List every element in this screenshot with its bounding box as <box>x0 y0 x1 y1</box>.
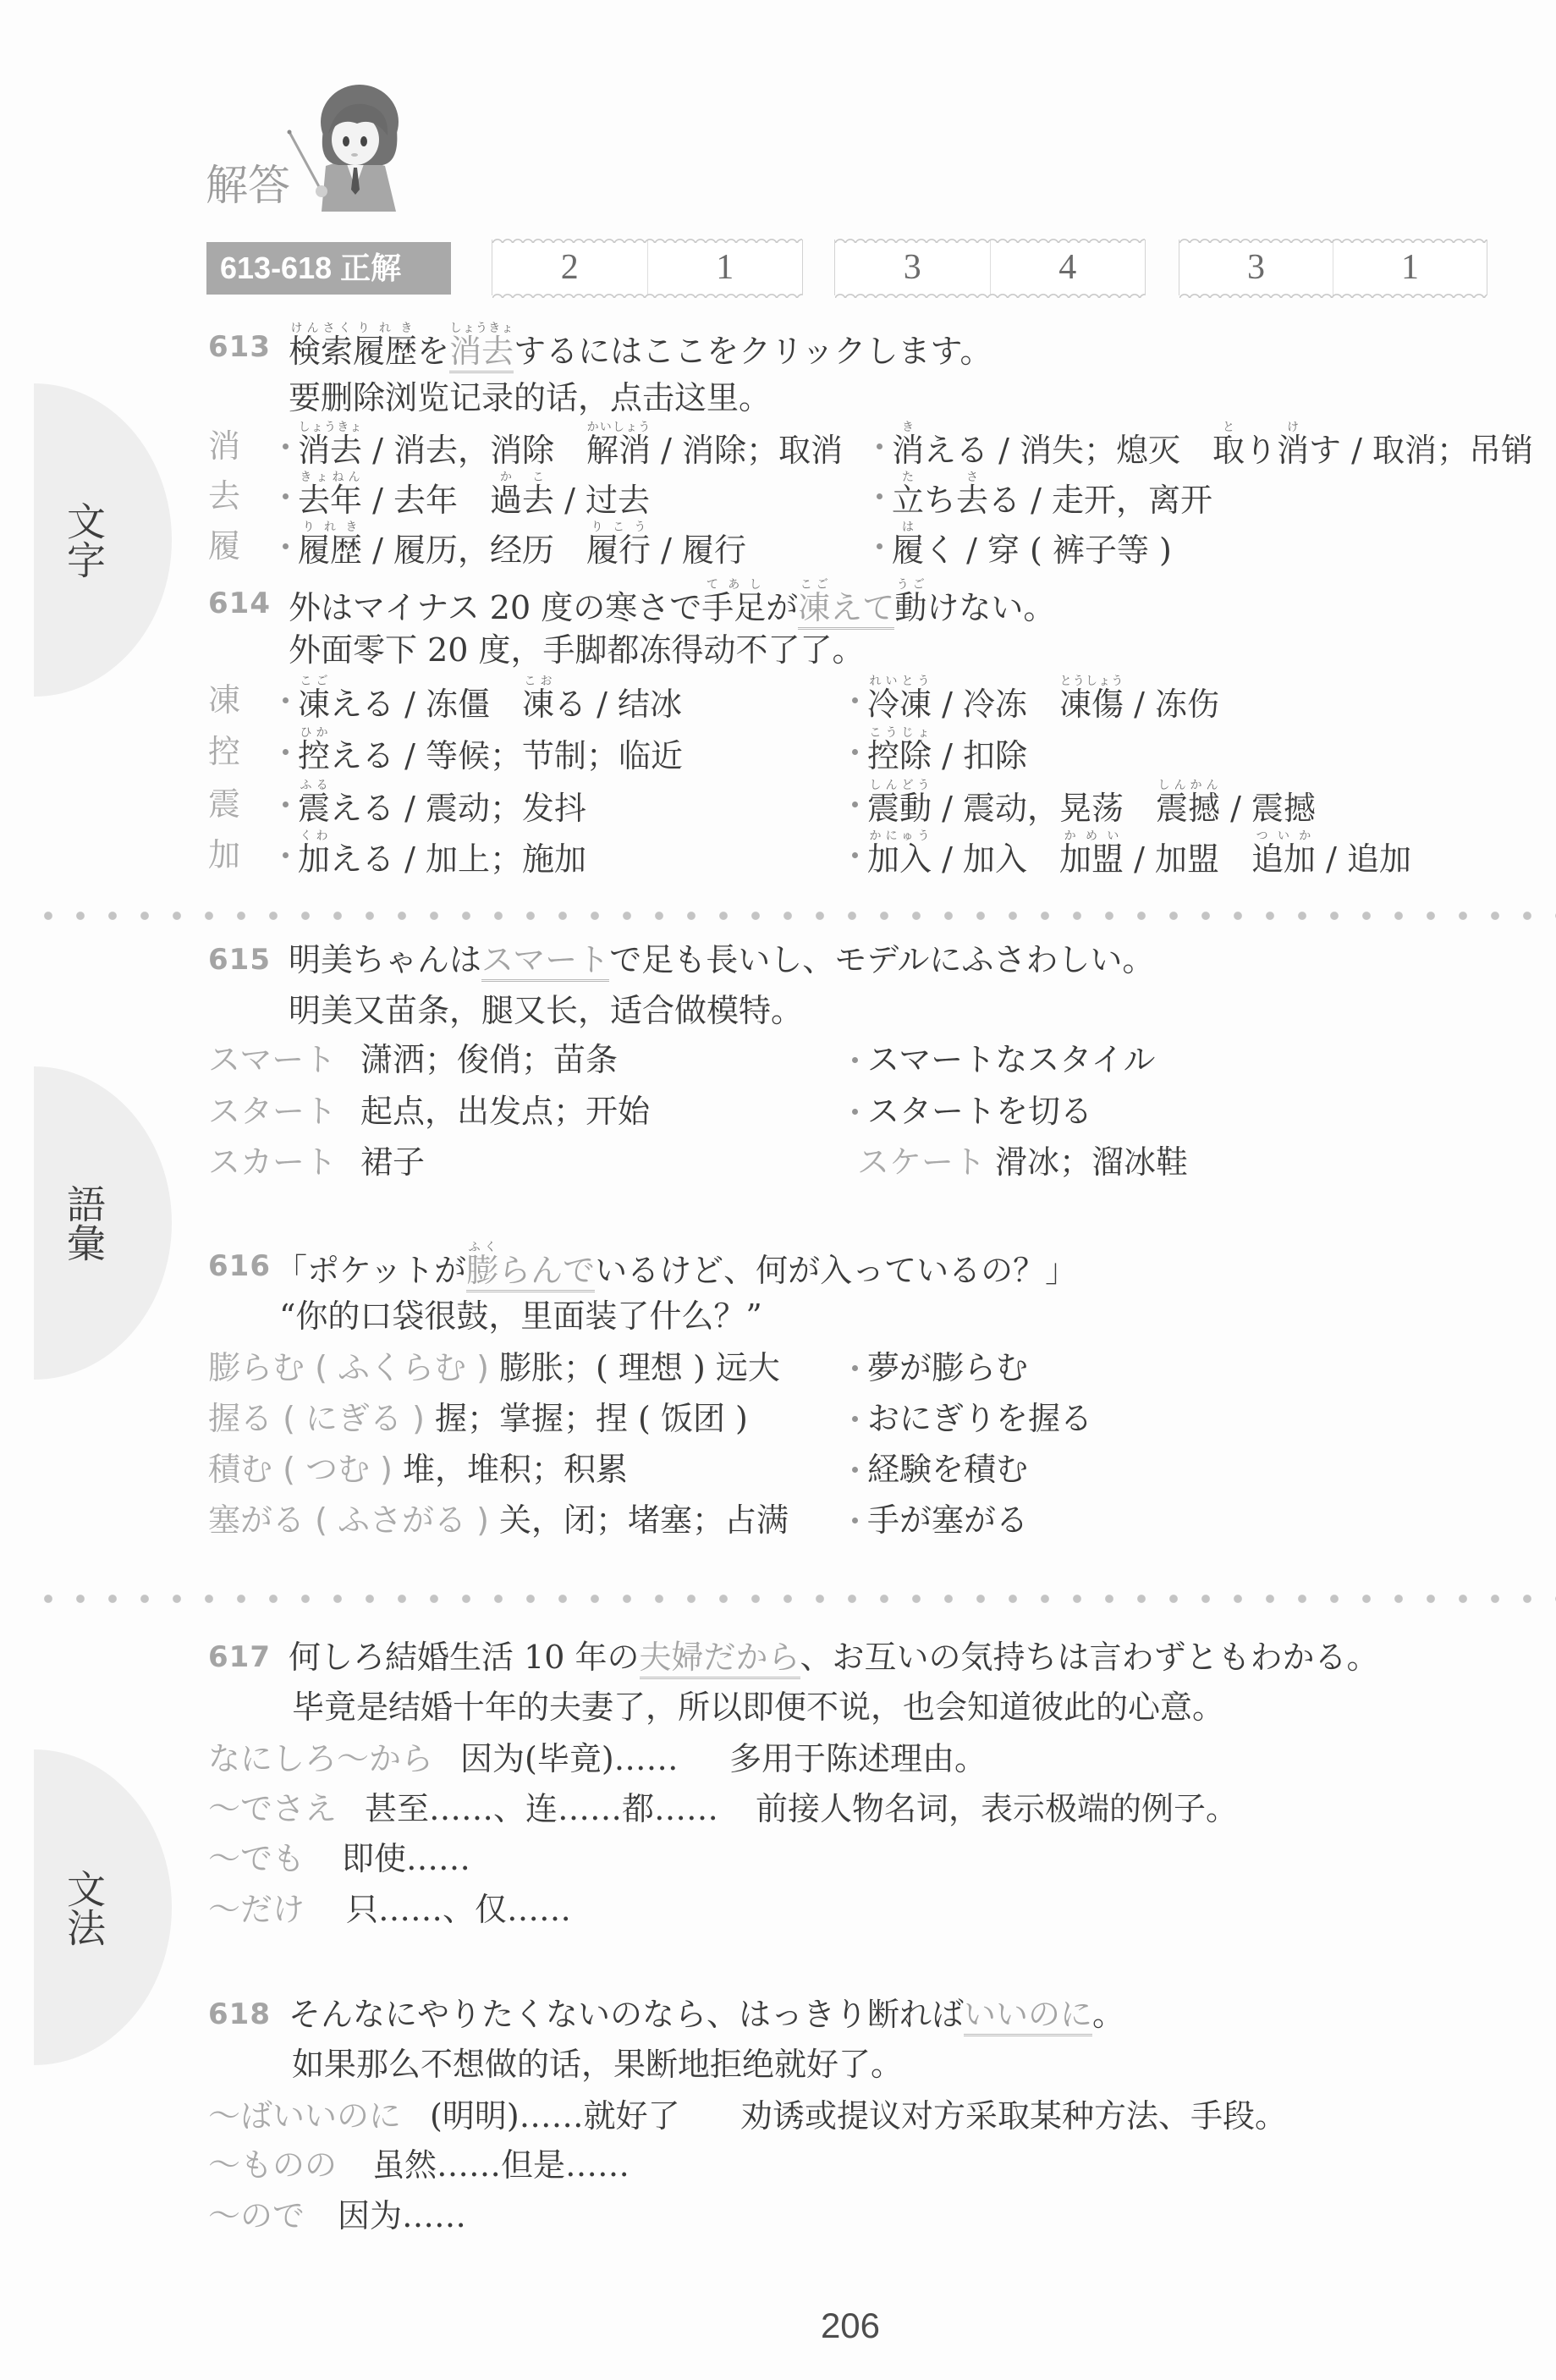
bullet-icon <box>852 1109 858 1115</box>
bullet-icon <box>283 443 289 449</box>
vocab-meaning: 滑冰；溜冰鞋 <box>995 1137 1188 1187</box>
furigana: こご <box>798 578 830 592</box>
answer-cell: 4 <box>990 240 1146 295</box>
vocab-row: 握る ( にぎる ) 握；掌握；捏 ( 饭团 ) おにぎりを握る <box>0 1393 1556 1444</box>
text-segment: / 冻伤 <box>1124 686 1219 723</box>
grammar-pattern: ～でさえ <box>208 1783 337 1834</box>
dotted-separator <box>32 1594 1556 1604</box>
furigana: りれき <box>298 521 362 534</box>
ruby-word: 冷凍れいとう <box>867 686 932 723</box>
ruby-word: 過去かこ <box>490 482 554 519</box>
vocab-right: 履はく / 穿 ( 裤子等 ) <box>892 521 1172 571</box>
kanji-label: 凍 <box>208 675 240 725</box>
answer-cell: 3 <box>835 240 990 295</box>
wavy-border-bottom <box>835 292 1145 298</box>
vocab-term: 塞がる ( ふさがる ) <box>208 1501 499 1539</box>
text-segment: / 冷冻 <box>932 686 1059 723</box>
vocab-row: 塞がる ( ふさがる ) 关，闭；堵塞；占满 手が塞がる <box>0 1495 1556 1545</box>
ruby-word: 消き <box>892 432 924 469</box>
question-line: 618 そんなにやりたくないのなら、はっきり断ればいいのに。 <box>0 1989 1556 2040</box>
bullet-icon <box>283 493 289 499</box>
text-segment: / 加入 <box>932 840 1059 878</box>
ruby-word: 加入かにゅう <box>867 840 932 878</box>
ruby-word: 加くわ <box>298 840 330 878</box>
text-segment: / 追加 <box>1316 840 1411 878</box>
furigana: しょうきょ <box>449 322 514 335</box>
bullet-icon <box>283 697 289 703</box>
translation-line: 外面零下 20 度，手脚都冻得动不了了。 <box>0 625 1556 675</box>
question-number: 613 <box>208 322 271 372</box>
vocab-left: 凍こごえる / 冻僵 凍こおる / 结冰 <box>298 675 682 725</box>
grammar-meaning: 虽然……但是…… <box>372 2140 630 2190</box>
question-line: 617 何しろ結婚生活 10 年の夫婦だから、お互いの気持ちは言わずともわかる。 <box>0 1632 1556 1683</box>
translation: “你的口袋很鼓，里面装了什么？” <box>279 1291 762 1342</box>
vocab-example: 夢が膨らむ <box>867 1342 1028 1393</box>
ruby-word: 追加ついか <box>1251 840 1316 878</box>
text-segment: / 消去，消除 <box>362 432 586 469</box>
grammar-meaning: 即使…… <box>342 1833 470 1884</box>
furigana: ついか <box>1251 829 1316 843</box>
vocab-entry: 積む ( つむ ) 堆，堆积；积累 <box>208 1444 628 1495</box>
question-number: 618 <box>208 1989 271 2040</box>
furigana: さ <box>956 471 988 484</box>
kanji-label: 履 <box>208 521 240 571</box>
text-segment: ち <box>924 482 956 519</box>
text-segment: そんなにやりたくないのなら、はっきり断れば <box>289 1996 964 2033</box>
furigana: しょうきょ <box>298 421 362 434</box>
grammar-row: ～でも 即使…… <box>0 1833 1556 1884</box>
vocab-term: 握る ( にぎる ) <box>208 1400 435 1437</box>
wavy-border-top <box>492 237 802 243</box>
ruby-word: 動うご <box>894 589 926 626</box>
text-segment: く / 穿 ( 裤子等 ) <box>924 532 1172 569</box>
vocab-example: スマートなスタイル <box>867 1034 1155 1085</box>
furigana: は <box>892 521 924 534</box>
question-sentence: 検索けんさく履歴りれきを消去しょうきょするにはここをクリックします。 <box>289 322 992 372</box>
text-segment: で足も長いし、モデルにふさわしい。 <box>609 941 1154 978</box>
grammar-row: ～ので 因为…… <box>0 2190 1556 2241</box>
answer-group-3: 3 1 <box>1179 240 1487 295</box>
text-segment: り <box>1245 432 1277 469</box>
ruby-word: 消け <box>1277 432 1309 469</box>
text-segment: するにはここをクリックします。 <box>514 333 992 370</box>
answer-highlight: 消去しょうきょ <box>449 322 514 373</box>
translation: 明美又苗条，腿又长，适合做模特。 <box>289 985 803 1036</box>
ruby-word: 手足てあし <box>701 589 766 626</box>
answer-group-1: 2 1 <box>492 240 803 295</box>
furigana: とうしょう <box>1059 675 1124 688</box>
question-sentence: 外はマイナス 20 度の寒さで手足てあしが凍こごえて動うごけない。 <box>289 578 1055 629</box>
grammar-meaning: 只……、仅…… <box>346 1884 571 1935</box>
furigana: くわ <box>298 829 330 843</box>
answer-highlight: 凍こごえて <box>798 578 894 630</box>
question-line: 614 外はマイナス 20 度の寒さで手足てあしが凍こごえて動うごけない。 <box>0 578 1556 629</box>
bullet-icon <box>852 1416 858 1422</box>
furigana: しんどう <box>867 779 932 792</box>
translation-line: 毕竟是结婚十年的夫妻了，所以即便不说，也会知道彼此的心意。 <box>0 1682 1556 1733</box>
furigana: け <box>1277 421 1309 434</box>
vocab-entry: 握る ( にぎる ) 握；掌握；捏 ( 饭团 ) <box>208 1393 748 1444</box>
vocab-term: スマート <box>208 1034 336 1085</box>
vocab-row: 積む ( つむ ) 堆，堆积；积累 経験を積む <box>0 1444 1556 1495</box>
furigana: こご <box>298 675 330 688</box>
bullet-icon <box>283 852 289 858</box>
vocab-right: 震動しんどう / 震动，晃荡 震撼しんかん / 震撼 <box>867 779 1316 829</box>
grammar-row: ～ものの 虽然……但是…… <box>0 2140 1556 2190</box>
question-number: 617 <box>208 1632 271 1683</box>
answer-highlight: いいのに <box>964 1995 1092 2036</box>
grammar-pattern: ～でも <box>208 1833 305 1884</box>
question-sentence: そんなにやりたくないのなら、はっきり断ればいいのに。 <box>289 1989 1124 2040</box>
ruby-word: 消去しょうきょ <box>298 432 362 469</box>
translation: 要删除浏览记录的话，点击这里。 <box>289 372 771 423</box>
bullet-icon <box>852 1365 858 1371</box>
vocab-right: 冷凍れいとう / 冷冻 凍傷とうしょう / 冻伤 <box>867 675 1219 725</box>
text-segment: える / 等候；节制；临近 <box>330 737 683 774</box>
translation: 外面零下 20 度，手脚都冻得动不了了。 <box>289 625 865 675</box>
bullet-icon <box>852 697 858 703</box>
grammar-pattern: なにしろ～から <box>208 1733 433 1784</box>
text-segment: 、お互いの気持ちは言わずともわかる。 <box>800 1639 1379 1676</box>
vocab-meaning: 堆，堆积；积累 <box>403 1451 628 1488</box>
ruby-word: 凍こご <box>798 589 830 626</box>
text-segment: / 履历，经历 <box>362 532 586 569</box>
answers-label: 613-618 正解 <box>206 242 451 295</box>
text-segment: が <box>766 589 798 626</box>
vocab-left: 履歴りれき / 履历，经历 履行りこう / 履行 <box>298 521 746 571</box>
text-segment: いるけど、何が入っているの？」 <box>595 1252 1077 1289</box>
bullet-icon <box>283 802 289 807</box>
bullet-icon <box>852 1057 858 1063</box>
bullet-icon <box>852 852 858 858</box>
furigana: れいとう <box>867 675 932 688</box>
text-segment: けない。 <box>926 589 1055 626</box>
furigana: けんさく <box>289 322 353 335</box>
kanji-row: 凍 凍こごえる / 冻僵 凍こおる / 结冰 冷凍れいとう / 冷冻 凍傷とうし… <box>0 675 1556 725</box>
answer-cell: 3 <box>1179 240 1333 295</box>
vocab-row: スカート 裙子 スケート 滑冰；溜冰鞋 <box>0 1137 1556 1187</box>
grammar-meaning: (明明)……就好了 <box>430 2091 680 2141</box>
question-line: 615 明美ちゃんはスマートで足も長いし、モデルにふさわしい。 <box>0 934 1556 985</box>
text-segment: / 消除；取消 <box>651 432 843 469</box>
question-sentence: 何しろ結婚生活 10 年の夫婦だから、お互いの気持ちは言わずともわかる。 <box>289 1632 1379 1683</box>
ruby-word: 去年きょねん <box>298 482 362 519</box>
vocab-term: スタート <box>208 1086 337 1137</box>
text-segment: 「ポケットが <box>275 1252 466 1289</box>
kanji-row: 去 去年きょねん / 去年 過去かこ / 过去 立たち去さる / 走开，离开 <box>0 471 1556 521</box>
kanji-label: 震 <box>208 779 240 829</box>
furigana: りこう <box>586 521 651 534</box>
text-segment: / 震动，晃荡 <box>932 790 1156 827</box>
text-segment: / 加盟 <box>1124 840 1251 878</box>
vocab-entry: 塞がる ( ふさがる ) 关，闭；堵塞；占满 <box>208 1495 789 1545</box>
teacher-girl-illustration <box>279 81 406 217</box>
furigana: てあし <box>701 578 766 592</box>
grammar-note: 前接人物名词，表示极端的例子。 <box>756 1783 1238 1834</box>
vocab-example: 経験を積む <box>867 1444 1028 1495</box>
text-segment: / 去年 <box>362 482 490 519</box>
answer-group-2: 3 4 <box>834 240 1146 295</box>
furigana: き <box>892 421 924 434</box>
text-segment: える / 加上；施加 <box>330 840 586 878</box>
furigana: ふく <box>466 1241 498 1254</box>
answer-highlight: スマート <box>481 940 609 982</box>
vocab-row: スマート 潇洒；俊俏；苗条 スマートなスタイル <box>0 1034 1556 1085</box>
furigana: ひか <box>298 726 330 740</box>
bullet-icon <box>852 1518 858 1523</box>
wavy-border-top <box>835 237 1145 243</box>
furigana: こうじょ <box>867 726 932 740</box>
wavy-border-bottom <box>1179 292 1487 298</box>
text-segment: スマート <box>481 941 609 978</box>
furigana: かにゅう <box>867 829 932 843</box>
vocab-row: スタート 起点，出发点；开始 スタートを切る <box>0 1086 1556 1137</box>
ruby-word: 震ふる <box>298 790 330 827</box>
furigana: かいしょう <box>586 421 651 434</box>
grammar-row: ～だけ 只……、仅…… <box>0 1884 1556 1935</box>
grammar-row: なにしろ～から 因为(毕竟)…… 多用于陈述理由。 <box>0 1733 1556 1784</box>
text-segment: 何しろ結婚生活 10 年の <box>289 1639 640 1676</box>
furigana: こお <box>522 675 554 688</box>
answer-highlight: 夫婦だから <box>640 1638 800 1679</box>
answer-cell: 1 <box>1333 240 1487 295</box>
text-segment: らんで <box>498 1252 595 1289</box>
kanji-row: 加 加くわえる / 加上；施加 加入かにゅう / 加入 加盟かめい / 加盟 追… <box>0 829 1556 880</box>
text-segment: えて <box>830 589 894 626</box>
answer-highlight: 膨ふくらんで <box>466 1241 595 1292</box>
question-sentence: 明美ちゃんはスマートで足も長いし、モデルにふさわしい。 <box>289 934 1154 985</box>
grammar-pattern: ～ので <box>208 2190 305 2241</box>
ruby-word: 震動しんどう <box>867 790 932 827</box>
text-segment: いいのに <box>964 1996 1092 2033</box>
vocab-example: スタートを切る <box>867 1086 1092 1137</box>
ruby-word: 解消かいしょう <box>586 432 651 469</box>
text-segment: を <box>417 333 449 370</box>
ruby-word: 凍こご <box>298 686 330 723</box>
text-segment: 明美ちゃんは <box>289 941 481 978</box>
vocab-term: 膨らむ ( ふくらむ ) <box>208 1349 499 1386</box>
question-number: 615 <box>208 934 271 985</box>
question-number: 616 <box>208 1241 271 1292</box>
ruby-word: 凍傷とうしょう <box>1059 686 1124 723</box>
grammar-meaning: 甚至……、连……都…… <box>365 1783 718 1834</box>
page-title: 解答 <box>206 159 290 212</box>
vocab-meaning: 膨胀；( 理想 ) 远大 <box>499 1349 780 1386</box>
bullet-icon <box>877 443 882 449</box>
furigana: しんかん <box>1156 779 1220 792</box>
translation-line: 要删除浏览记录的话，点击这里。 <box>0 372 1556 423</box>
bullet-icon <box>283 543 289 549</box>
kanji-label: 消 <box>208 421 240 471</box>
text-segment: る / 走开，离开 <box>988 482 1212 519</box>
answer-cell: 1 <box>647 240 803 295</box>
vocab-left: 消去しょうきょ / 消去，消除 解消かいしょう / 消除；取消 <box>298 421 843 471</box>
vocab-meaning: 裙子 <box>360 1137 425 1187</box>
grammar-pattern: ～だけ <box>208 1884 305 1935</box>
text-segment: 。 <box>1092 1996 1124 2033</box>
text-segment: 外はマイナス 20 度の寒さで <box>289 589 701 626</box>
text-segment: える / 震动；发抖 <box>330 790 586 827</box>
question-number: 614 <box>208 578 271 629</box>
question-line: 613 検索けんさく履歴りれきを消去しょうきょするにはここをクリックします。 <box>0 322 1556 372</box>
furigana: りれき <box>353 322 417 335</box>
question-line: 616 「ポケットが膨ふくらんでいるけど、何が入っているの？」 <box>0 1241 1556 1292</box>
ruby-word: 控除こうじょ <box>867 737 932 774</box>
ruby-word: 履行りこう <box>586 532 651 569</box>
vocab-right: 控除こうじょ / 扣除 <box>867 726 1027 777</box>
translation: 毕竟是结婚十年的夫妻了，所以即便不说，也会知道彼此的心意。 <box>292 1682 1224 1733</box>
grammar-row: ～ばいいのに (明明)……就好了 劝诱或提议对方采取某种方法、手段。 <box>0 2091 1556 2141</box>
vocab-term: スカート <box>208 1137 337 1187</box>
grammar-note: 多用于陈述理由。 <box>729 1733 987 1784</box>
text-segment: す / 取消；吊销 <box>1309 432 1533 469</box>
bullet-icon <box>852 802 858 807</box>
answer-cell: 2 <box>492 240 647 295</box>
wavy-border-top <box>1179 237 1487 243</box>
grammar-pattern: ～ばいいのに <box>208 2091 401 2141</box>
bullet-icon <box>877 493 882 499</box>
translation: 如果那么不想做的话，果断地拒绝就好了。 <box>292 2039 903 2090</box>
kanji-row: 履 履歴りれき / 履历，经历 履行りこう / 履行 履はく / 穿 ( 裤子等… <box>0 521 1556 571</box>
ruby-word: 取と <box>1212 432 1245 469</box>
vocab-example: 手が塞がる <box>867 1495 1028 1545</box>
ruby-word: 立た <box>892 482 924 519</box>
furigana: かめい <box>1059 829 1124 843</box>
vocab-left: 加くわえる / 加上；施加 <box>298 829 586 880</box>
wavy-border-bottom <box>492 292 802 298</box>
grammar-meaning: 因为…… <box>338 2190 466 2241</box>
kanji-row: 震 震ふるえる / 震动；发抖 震動しんどう / 震动，晃荡 震撼しんかん / … <box>0 779 1556 829</box>
kanji-row: 消 消去しょうきょ / 消去，消除 解消かいしょう / 消除；取消 消きえる /… <box>0 421 1556 471</box>
ruby-word: 凍こお <box>522 686 554 723</box>
translation-line: 明美又苗条，腿又长，适合做模特。 <box>0 985 1556 1036</box>
text-segment: 夫婦だから <box>640 1639 800 1676</box>
text-segment: える / 消失；熄灭 <box>924 432 1212 469</box>
ruby-word: 去さ <box>956 482 988 519</box>
ruby-word: 消去しょうきょ <box>449 333 514 370</box>
grammar-row: ～でさえ 甚至……、连……都…… 前接人物名词，表示极端的例子。 <box>0 1783 1556 1834</box>
vocab-left: 去年きょねん / 去年 過去かこ / 过去 <box>298 471 650 521</box>
vocab-row: 膨らむ ( ふくらむ ) 膨胀；( 理想 ) 远大 夢が膨らむ <box>0 1342 1556 1393</box>
text-segment: / 履行 <box>651 532 746 569</box>
grammar-note: 劝诱或提议对方采取某种方法、手段。 <box>740 2091 1287 2141</box>
vocab-left: 震ふるえる / 震动；发抖 <box>298 779 586 829</box>
ruby-word: 控ひか <box>298 737 330 774</box>
grammar-meaning: 因为(毕竟)…… <box>460 1733 679 1784</box>
vocab-term: スケート <box>857 1137 986 1187</box>
vocab-right: 加入かにゅう / 加入 加盟かめい / 加盟 追加ついか / 追加 <box>867 829 1411 880</box>
furigana: かこ <box>490 471 554 484</box>
vocab-meaning: 潇洒；俊俏；苗条 <box>360 1034 618 1085</box>
furigana: た <box>892 471 924 484</box>
vocab-example: おにぎりを握る <box>867 1393 1092 1444</box>
translation-line: 如果那么不想做的话，果断地拒绝就好了。 <box>0 2039 1556 2090</box>
text-segment: / 扣除 <box>932 737 1027 774</box>
vocab-entry: 膨らむ ( ふくらむ ) 膨胀；( 理想 ) 远大 <box>208 1342 780 1393</box>
ruby-word: 履歴りれき <box>298 532 362 569</box>
kanji-label: 加 <box>208 829 240 880</box>
ruby-word: 加盟かめい <box>1059 840 1124 878</box>
text-segment: / 震撼 <box>1220 790 1316 827</box>
ruby-word: 検索けんさく <box>289 333 353 370</box>
bullet-icon <box>877 543 882 549</box>
text-segment: える / 冻僵 <box>330 686 522 723</box>
vocab-right: 立たち去さる / 走开，离开 <box>892 471 1212 521</box>
ruby-word: 履歴りれき <box>353 333 417 370</box>
furigana: うご <box>894 578 926 592</box>
ruby-word: 膨ふく <box>466 1252 498 1289</box>
ruby-word: 履は <box>892 532 924 569</box>
furigana: ふる <box>298 779 330 792</box>
translation-line: “你的口袋很鼓，里面装了什么？” <box>0 1291 1556 1342</box>
furigana: きょねん <box>298 471 362 484</box>
text-segment: / 过去 <box>554 482 650 519</box>
vocab-right: 消きえる / 消失；熄灭 取とり消けす / 取消；吊销 <box>892 421 1533 471</box>
grammar-pattern: ～ものの <box>208 2140 337 2190</box>
vocab-meaning: 握；掌握；捏 ( 饭团 ) <box>435 1400 748 1437</box>
kanji-label: 去 <box>208 471 240 521</box>
kanji-label: 控 <box>208 726 240 777</box>
vocab-term: 積む ( つむ ) <box>208 1451 403 1488</box>
dotted-separator <box>32 911 1556 921</box>
vocab-meaning: 关，闭；堵塞；占满 <box>499 1501 789 1539</box>
bullet-icon <box>852 1467 858 1473</box>
vocab-left: 控ひかえる / 等候；节制；临近 <box>298 726 683 777</box>
question-sentence: 「ポケットが膨ふくらんでいるけど、何が入っているの？」 <box>275 1241 1077 1292</box>
bullet-icon <box>852 749 858 755</box>
kanji-row: 控 控ひかえる / 等候；节制；临近 控除こうじょ / 扣除 <box>0 726 1556 777</box>
page-number: 206 <box>808 2304 893 2348</box>
ruby-word: 震撼しんかん <box>1156 790 1220 827</box>
vocab-meaning: 起点，出发点；开始 <box>360 1086 650 1137</box>
text-segment: る / 结冰 <box>554 686 682 723</box>
furigana: と <box>1212 421 1245 434</box>
bullet-icon <box>283 749 289 755</box>
